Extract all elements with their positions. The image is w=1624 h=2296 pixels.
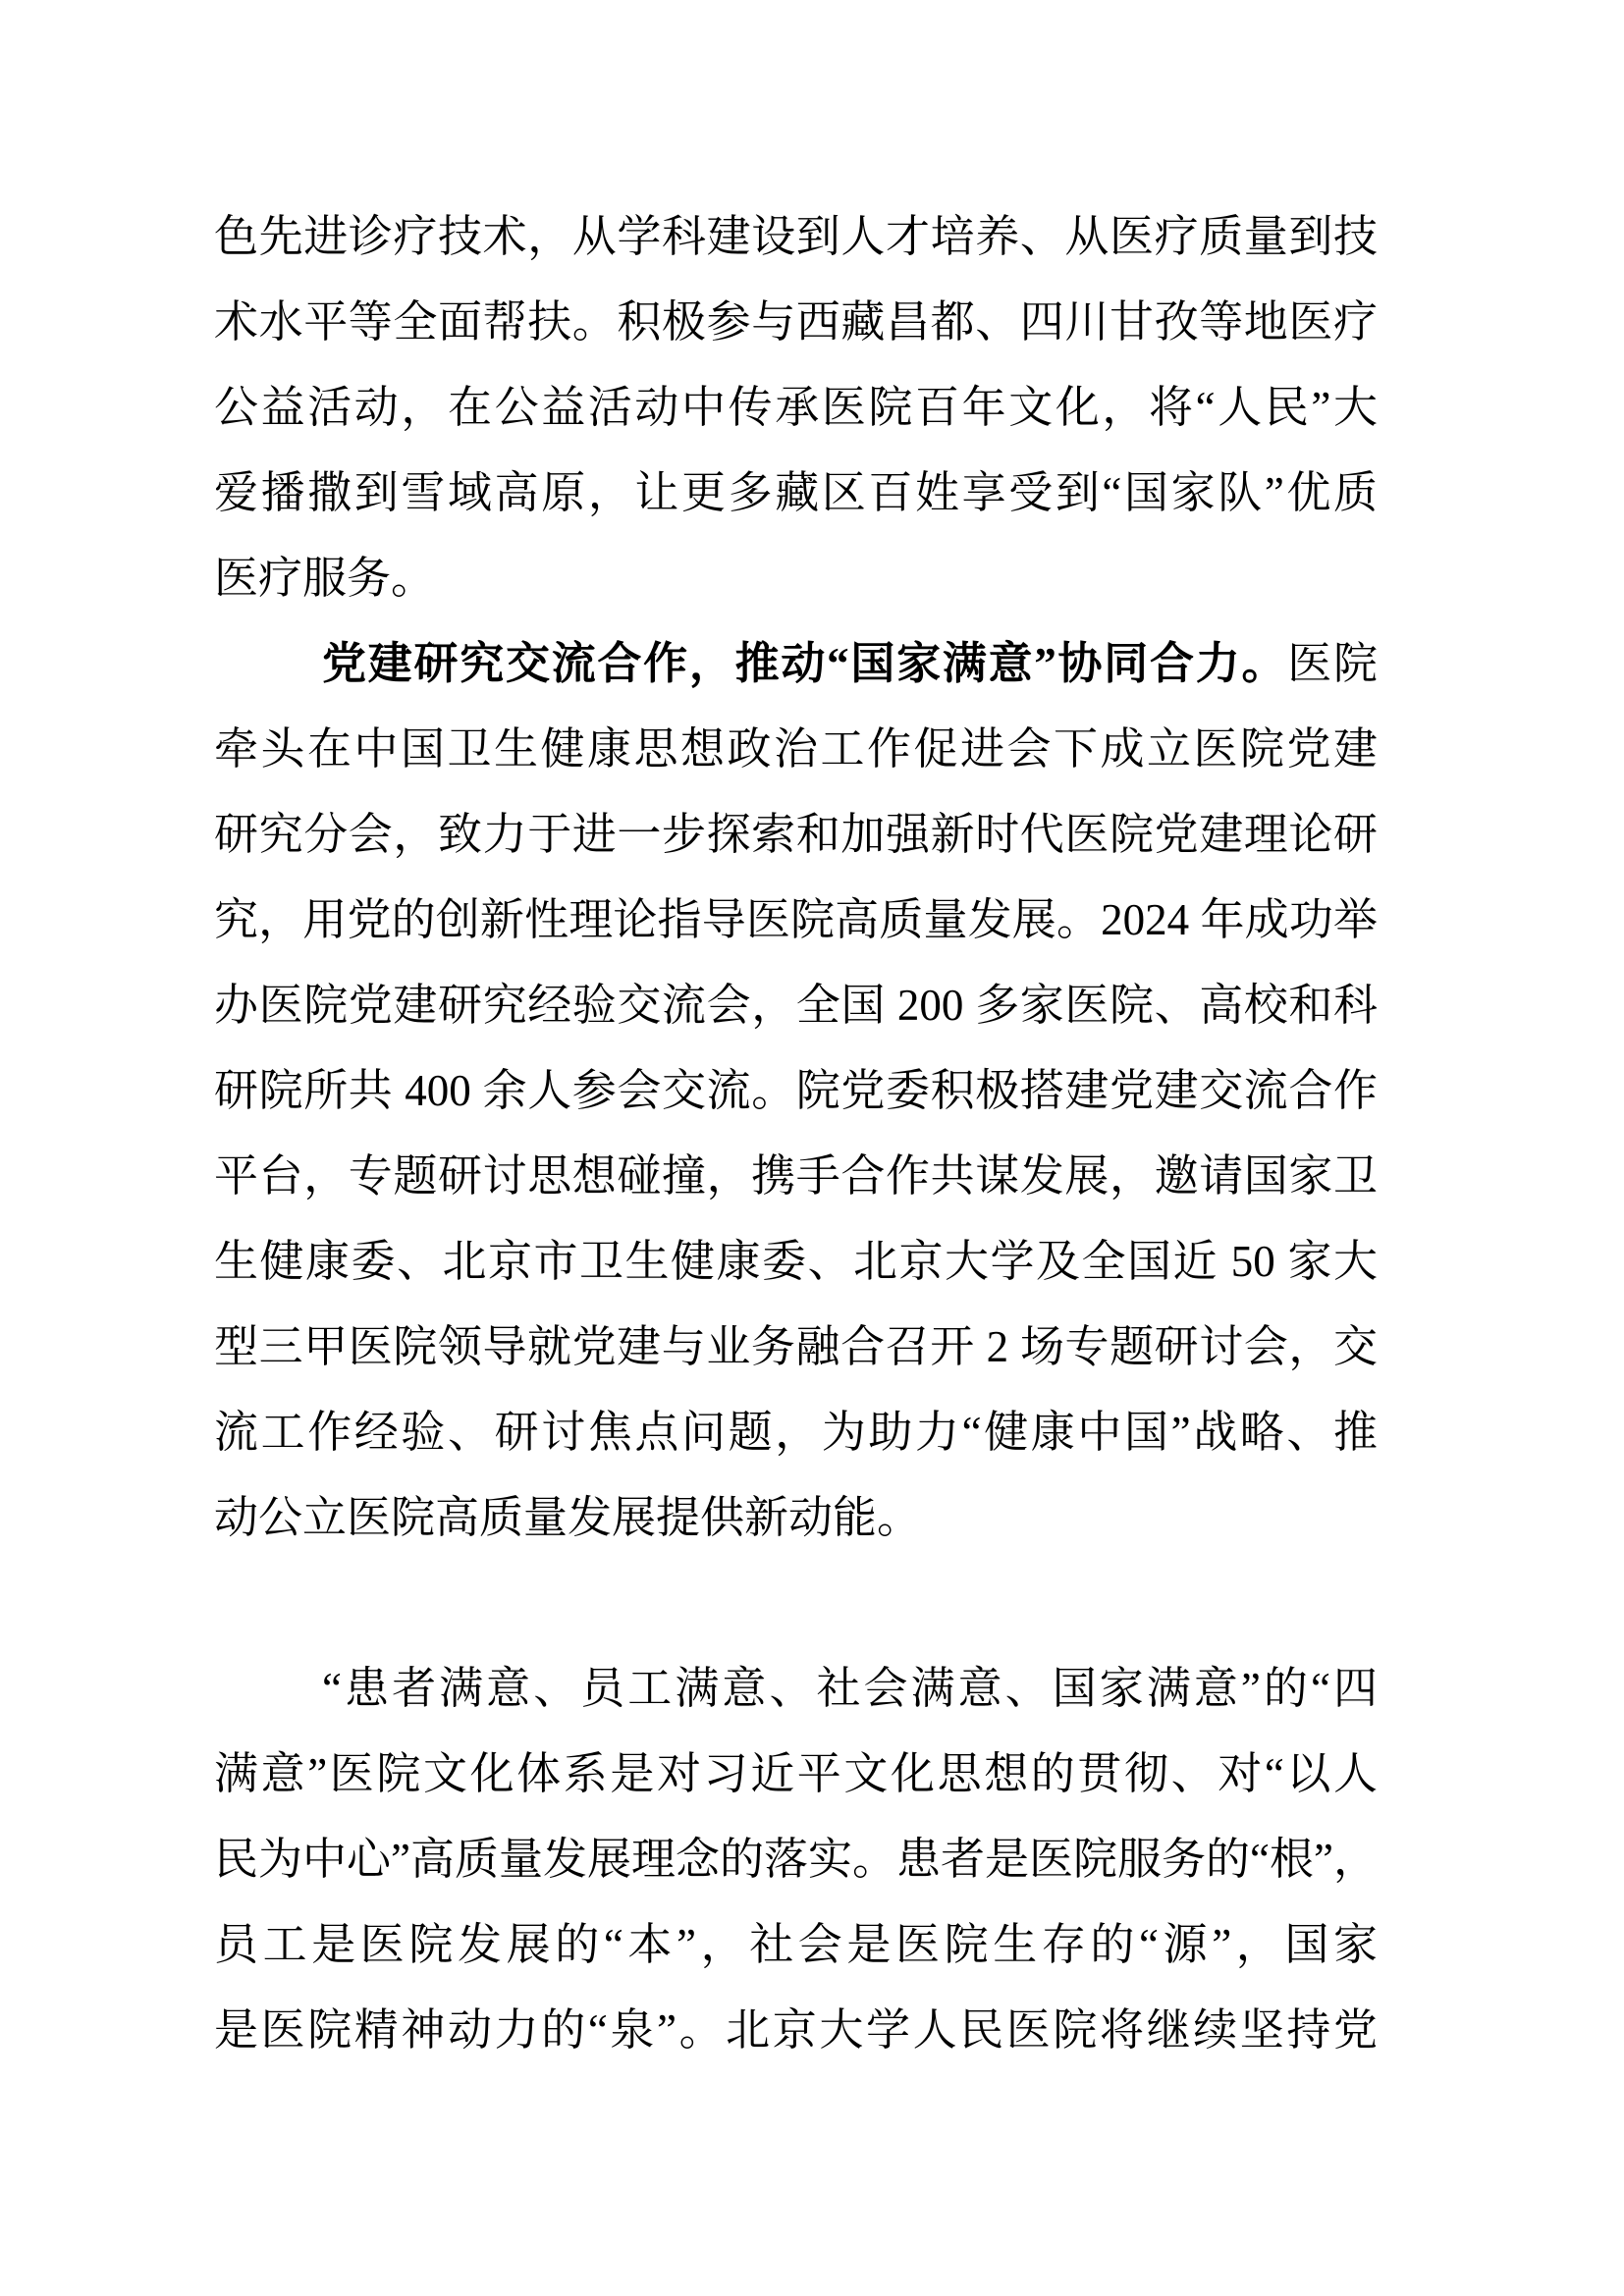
text-line: 党建研究交流合作，推动“国家满意”协同合力。医院 bbox=[214, 621, 1378, 707]
text-run: 办医院党建研究经验交流会，全国 200 多家医院、高校和科 bbox=[214, 981, 1378, 1030]
text-run: 平台，专题研讨思想碰撞，携手合作共谋发展，邀请国家卫 bbox=[214, 1151, 1378, 1201]
text-line: 研院所共 400 余人参会交流。院党委积极搭建党建交流合作 bbox=[214, 1048, 1378, 1134]
document-body: 色先进诊疗技术，从学科建设到人才培养、从医疗质量到技术水平等全面帮扶。积极参与西… bbox=[214, 194, 1378, 2073]
text-line: 满意”医院文化体系是对习近平文化思想的贯彻、对“以人 bbox=[214, 1732, 1378, 1817]
text-run: 流工作经验、研讨焦点问题，为助力“健康中国”战略、推 bbox=[214, 1408, 1378, 1457]
text-line: 型三甲医院领导就党建与业务融合召开 2 场专题研讨会，交 bbox=[214, 1305, 1378, 1390]
text-line: 牵头在中国卫生健康思想政治工作促进会下成立医院党建 bbox=[214, 707, 1378, 792]
text-line: 色先进诊疗技术，从学科建设到人才培养、从医疗质量到技 bbox=[214, 194, 1378, 280]
text-line: 是医院精神动力的“泉”。北京大学人民医院将继续坚持党 bbox=[214, 1988, 1378, 2073]
text-line: 究，用党的创新性理论指导医院高质量发展。2024 年成功举 bbox=[214, 878, 1378, 963]
text-run: 色先进诊疗技术，从学科建设到人才培养、从医疗质量到技 bbox=[214, 212, 1378, 261]
text-line: 公益活动，在公益活动中传承医院百年文化，将“人民”大 bbox=[214, 365, 1378, 451]
text-line: 生健康委、北京市卫生健康委、北京大学及全国近 50 家大 bbox=[214, 1219, 1378, 1305]
text-run: 医院 bbox=[1287, 639, 1378, 688]
text-line: “患者满意、员工满意、社会满意、国家满意”的“四 bbox=[214, 1646, 1378, 1732]
document-page: 色先进诊疗技术，从学科建设到人才培养、从医疗质量到技术水平等全面帮扶。积极参与西… bbox=[0, 0, 1624, 2296]
text-run: 牵头在中国卫生健康思想政治工作促进会下成立医院党建 bbox=[214, 724, 1378, 774]
text-line: 平台，专题研讨思想碰撞，携手合作共谋发展，邀请国家卫 bbox=[214, 1134, 1378, 1219]
text-run: 术水平等全面帮扶。积极参与西藏昌都、四川甘孜等地医疗 bbox=[214, 297, 1378, 347]
bold-run: 党建研究交流合作，推动“国家满意”协同合力。 bbox=[322, 639, 1287, 688]
text-line: 办医院党建研究经验交流会，全国 200 多家医院、高校和科 bbox=[214, 963, 1378, 1048]
text-run: 究，用党的创新性理论指导医院高质量发展。2024 年成功举 bbox=[214, 895, 1378, 944]
text-run: 民为中心”高质量发展理念的落实。患者是医院服务的“根”， bbox=[214, 1835, 1378, 1884]
text-run: 研究分会，致力于进一步探索和加强新时代医院党建理论研 bbox=[214, 810, 1378, 859]
text-run: 生健康委、北京市卫生健康委、北京大学及全国近 50 家大 bbox=[214, 1237, 1378, 1286]
text-line: 员工是医院发展的“本”，社会是医院生存的“源”，国家 bbox=[214, 1902, 1378, 1988]
text-line: 研究分会，致力于进一步探索和加强新时代医院党建理论研 bbox=[214, 792, 1378, 878]
text-run: 爱播撒到雪域高原，让更多藏区百姓享受到“国家队”优质 bbox=[214, 468, 1378, 517]
paragraph-spacer bbox=[214, 1561, 1378, 1646]
text-line: 术水平等全面帮扶。积极参与西藏昌都、四川甘孜等地医疗 bbox=[214, 280, 1378, 365]
text-line: 流工作经验、研讨焦点问题，为助力“健康中国”战略、推 bbox=[214, 1390, 1378, 1475]
text-line: 医疗服务。 bbox=[214, 536, 1378, 621]
paragraph: 色先进诊疗技术，从学科建设到人才培养、从医疗质量到技术水平等全面帮扶。积极参与西… bbox=[214, 194, 1378, 621]
text-line: 动公立医院高质量发展提供新动能。 bbox=[214, 1475, 1378, 1561]
paragraph: “患者满意、员工满意、社会满意、国家满意”的“四满意”医院文化体系是对习近平文化… bbox=[214, 1646, 1378, 2073]
text-line: 爱播撒到雪域高原，让更多藏区百姓享受到“国家队”优质 bbox=[214, 451, 1378, 536]
text-run: 动公立医院高质量发展提供新动能。 bbox=[214, 1493, 921, 1542]
text-run: 员工是医院发展的“本”，社会是医院生存的“源”，国家 bbox=[214, 1920, 1378, 1969]
text-run: 公益活动，在公益活动中传承医院百年文化，将“人民”大 bbox=[214, 383, 1378, 432]
text-run: “患者满意、员工满意、社会满意、国家满意”的“四 bbox=[322, 1664, 1378, 1713]
blank-line bbox=[214, 1561, 1378, 1646]
text-run: 医疗服务。 bbox=[214, 554, 435, 603]
text-run: 是医院精神动力的“泉”。北京大学人民医院将继续坚持党 bbox=[214, 2005, 1378, 2055]
text-run: 满意”医院文化体系是对习近平文化思想的贯彻、对“以人 bbox=[214, 1749, 1378, 1798]
text-run: 研院所共 400 余人参会交流。院党委积极搭建党建交流合作 bbox=[214, 1066, 1378, 1115]
paragraph: 党建研究交流合作，推动“国家满意”协同合力。医院牵头在中国卫生健康思想政治工作促… bbox=[214, 621, 1378, 1561]
text-line: 民为中心”高质量发展理念的落实。患者是医院服务的“根”， bbox=[214, 1817, 1378, 1902]
text-run: 型三甲医院领导就党建与业务融合召开 2 场专题研讨会，交 bbox=[214, 1322, 1378, 1371]
